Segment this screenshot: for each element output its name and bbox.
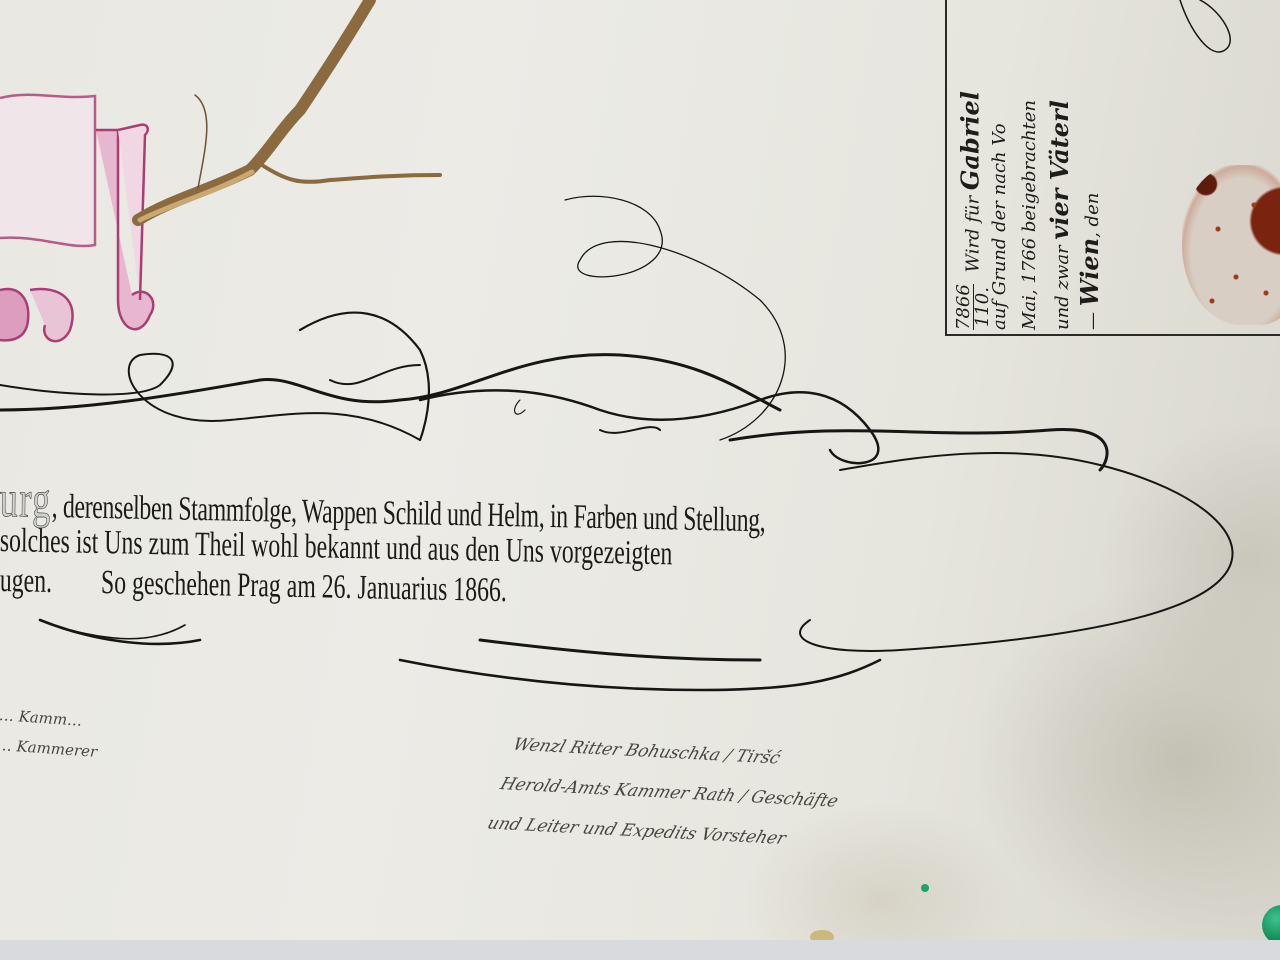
wax-seal-remnant xyxy=(1182,165,1280,325)
stamp-row-3: Mai, 1766 beigebrachten xyxy=(1015,0,1045,330)
stamp-row-5: — Wien, den xyxy=(1075,0,1105,330)
branch-drawing xyxy=(138,0,440,220)
green-ink-dot xyxy=(921,884,929,892)
date-clause: So geschehen Prag am 26. Januarius 1866. xyxy=(101,564,507,609)
scroll-drawing xyxy=(0,95,153,341)
stamp-row-1: 7866 110. Wird für Gabriel xyxy=(955,0,985,330)
stamp-row-2: auf Grund der nach Vo xyxy=(985,0,1015,330)
registration-stamp-text: 7866 110. Wird für Gabriel auf Grund der… xyxy=(955,0,1105,330)
table-surface xyxy=(0,940,1280,960)
signature-left: … Kamm… … Kammerer xyxy=(0,700,100,767)
ornamental-word-fragment: urg xyxy=(0,471,52,529)
body-line-3-start: ugen. xyxy=(0,562,52,600)
stamp-row-4: und zwar vier Väterl xyxy=(1045,0,1075,330)
signature-right: Wenzl Ritter Bohuschka / Tiršć Herold-Am… xyxy=(482,725,857,861)
